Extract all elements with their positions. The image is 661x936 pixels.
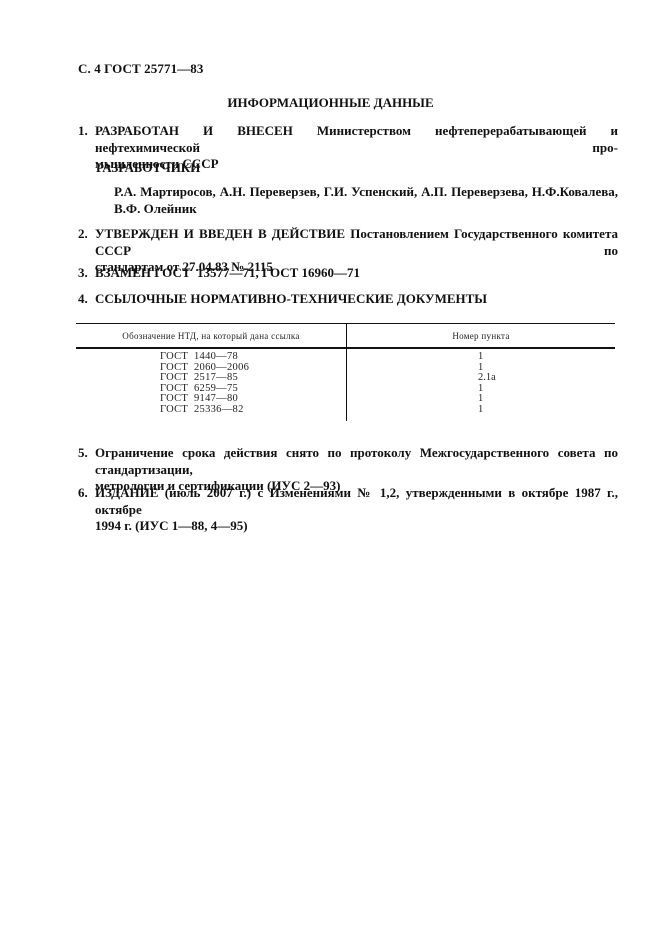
item-line: ИЗДАНИЕ (июль 2007 г.) с Изменениями № 1… [95,485,618,518]
section-title: ИНФОРМАЦИОННЫЕ ДАННЫЕ [0,95,661,111]
item-number: 1. [78,123,88,140]
developers-line: В.Ф. Олейник [114,201,618,218]
table-cell-clause: 1 [478,405,496,416]
item-references: 4. ССЫЛОЧНЫЕ НОРМАТИВНО-ТЕХНИЧЕСКИЕ ДОКУ… [78,291,618,308]
table-cell-document: ГОСТ 9147—80 [160,394,249,405]
item-number: 4. [78,291,88,308]
table-cell-document: ГОСТ 1440—78 [160,352,249,363]
item-number: 2. [78,226,88,243]
table-column-documents: ГОСТ 1440—78 ГОСТ 2060—2006 ГОСТ 2517—85… [160,352,249,415]
item-line: 1994 г. (ИУС 1—88, 4—95) [95,518,618,535]
item-line: Ограничение срока действия снято по прот… [95,445,618,478]
item-line: ВЗАМЕН ГОСТ 13577—71, ГОСТ 16960—71 [95,265,360,280]
table-column-clauses: 1 1 2.1а 1 1 1 [478,352,496,415]
developers-heading: РАЗРАБОТЧИКИ [96,160,200,176]
table-cell-clause: 1 [478,394,496,405]
table-cell-document: ГОСТ 2517—85 [160,373,249,384]
page-header: С. 4 ГОСТ 25771—83 [78,61,203,77]
developers-list: Р.А. Мартиросов, А.Н. Переверзев, Г.И. У… [114,184,618,217]
developers-line: Р.А. Мартиросов, А.Н. Переверзев, Г.И. У… [114,184,618,201]
table-cell-clause: 1 [478,352,496,363]
item-number: 6. [78,485,88,502]
table-cell-document: ГОСТ 25336—82 [160,405,249,416]
item-number: 3. [78,265,88,282]
item-number: 5. [78,445,88,462]
item-edition: 6. ИЗДАНИЕ (июль 2007 г.) с Изменениями … [78,485,618,535]
table-header-clause: Номер пункта [347,331,615,341]
table-header-document: Обозначение НТД, на который дана ссылка [76,331,346,341]
item-line: УТВЕРЖДЕН И ВВЕДЕН В ДЕЙСТВИЕ Постановле… [95,226,618,259]
item-line: ССЫЛОЧНЫЕ НОРМАТИВНО-ТЕХНИЧЕСКИЕ ДОКУМЕН… [95,291,487,306]
item-replaces: 3. ВЗАМЕН ГОСТ 13577—71, ГОСТ 16960—71 [78,265,618,282]
item-line: РАЗРАБОТАН И ВНЕСЕН Министерством нефтеп… [95,123,618,156]
table-cell-clause: 2.1а [478,373,496,384]
